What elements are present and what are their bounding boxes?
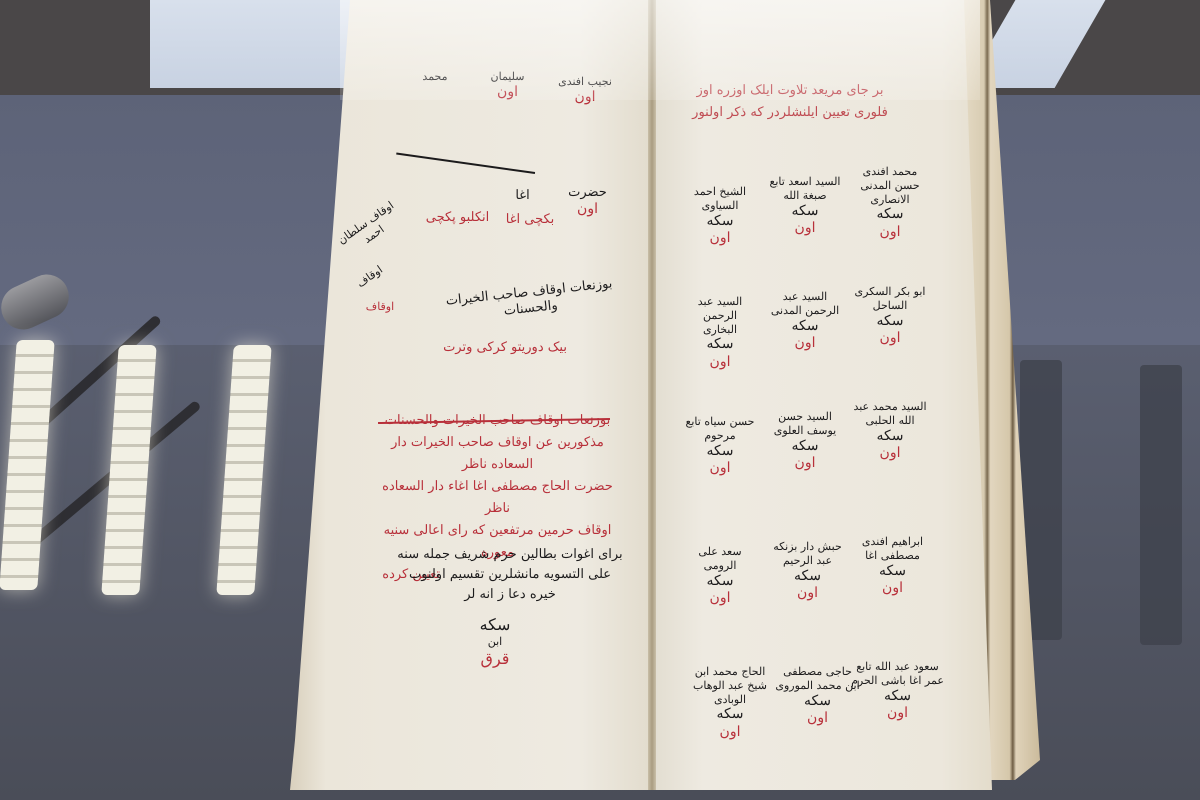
reflected-fixture <box>1140 365 1182 645</box>
entry: سلیمان اون <box>470 70 545 101</box>
text-line: بیک دوریتو کرکی وترت <box>420 340 590 356</box>
closing-entry: سکه ابن قرق <box>455 615 535 669</box>
entry: الشیخ احمد السیاویسکهاون <box>685 185 755 248</box>
red-label: بکچی اغا <box>495 212 565 228</box>
entry: السید اسعد تابع صبغة اللهسکهاون <box>765 175 845 238</box>
red-label: انکلبو پکچی <box>415 210 500 226</box>
entry: سعود عبد الله تابع عمر اغا باشی الحرمسکه… <box>850 660 945 723</box>
entry: السید محمد عبد الله الحلبیسکهاون <box>850 400 930 463</box>
entry: السید عبد الرحمن البخاریسکهاون <box>685 295 755 371</box>
entry: سعد علی الرومیسکهاون <box>690 545 750 608</box>
entry: الحاج محمد ابن شیخ عبد الوهاب الوبادیسکه… <box>690 665 770 741</box>
red-header: بر جای مریعد تلاوت ایلک اوزره اوز فلوری … <box>675 80 905 124</box>
book-gutter <box>648 0 656 790</box>
entry: حبش دار بزنکه عبد الرحیمسکهاون <box>765 540 850 603</box>
entry: ابراهیم افندی مصطفی اغاسکهاون <box>850 535 935 598</box>
entry: السید عبد الرحمن المدنیسکهاون <box>765 290 845 353</box>
entry: نجیب افندی اون <box>540 75 630 106</box>
entry: حسن سیاه تابع مرحومسکهاون <box>685 415 755 478</box>
entry: محمد افندی حسن المدنی الانصاریسکهاون <box>850 165 930 241</box>
skylight-reflection <box>150 0 370 88</box>
left-page <box>290 0 652 793</box>
black-paragraph: برای اغوات بطالین حرم شریف جمله سنه علی … <box>395 545 625 605</box>
entry: السید حسن یوسف العلویسکهاون <box>765 410 845 473</box>
entry: اغا <box>490 188 555 204</box>
entry: محمد <box>400 70 470 84</box>
entry: حاجی مصطفی ابن محمد المورویسکهاون <box>775 665 860 728</box>
entry: ابو بکر السکری الساحلسکهاون <box>850 285 930 348</box>
margin-note: اوقاف <box>355 300 405 314</box>
museum-display-scene: نجیب افندی اون سلیمان اون محمد حضرت اون … <box>0 0 1200 800</box>
